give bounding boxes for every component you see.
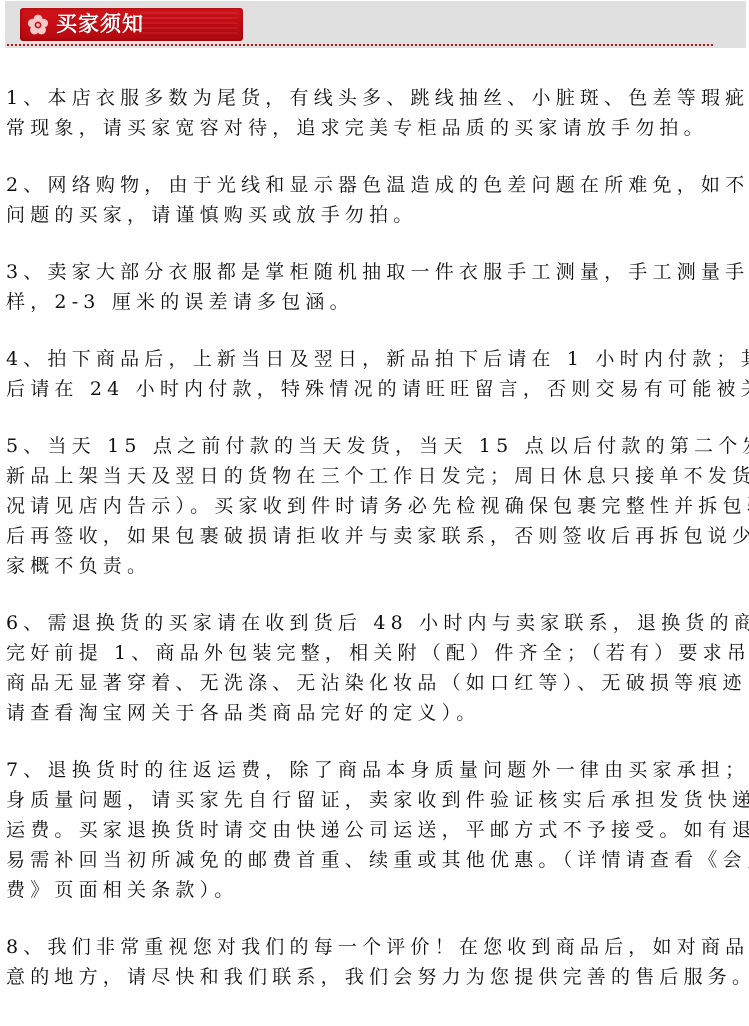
notice-text-line: 5、当天 15 点之前付款的当天发货，当天 15 点以后付款的第二个发货工作日发… [6,431,748,461]
notice-text-line: 新品上架当天及翌日的货物在三个工作日发完；周日休息只接单不发货（特殊情 [6,461,748,491]
dotted-divider [7,44,713,46]
notice-list: 1、本店衣服多数为尾货，有线头多、跳线抽丝、小脏斑、色差等瑕疵问题均属正 常现象… [6,83,748,1019]
notice-text-line: 常现象，请买家宽容对待，追求完美专柜品质的买家请放手勿拍。 [6,113,748,143]
notice-text-line: 家概不负责。 [6,551,748,581]
notice-text-line: 请查看淘宝网关于各品类商品完好的定义）。 [6,698,748,728]
title-badge: 买家须知 [20,8,243,41]
notice-text-line: 意的地方，请尽快和我们联系，我们会努力为您提供完善的售后服务。 [6,962,748,992]
notice-text-line: 完好前提 1、商品外包装完整，相关附（配）件齐全；（若有）要求吊牌完整；2、 [6,638,748,668]
notice-text-line: 问题的买家，请谨慎购买或放手勿拍。 [6,200,748,230]
flower-icon [27,14,49,36]
notice-item-8: 8、我们非常重视您对我们的每一个评价！在您收到商品后，如对商品有任何不满 意的地… [6,932,748,992]
notice-text-line: 费》页面相关条款）。 [6,875,748,905]
notice-text-line: 8、我们非常重视您对我们的每一个评价！在您收到商品后，如对商品有任何不满 [6,932,748,962]
notice-text-line: 况请见店内告示）。买家收到件时请务必先检视确保包裹完整性并拆包验收件数 [6,491,748,521]
notice-text-line: 身质量问题，请买家先自行留证，卖家收到件验证核实后承担发货快递时相应的 [6,785,748,815]
notice-item-2: 2、网络购物，由于光线和显示器色温造成的色差问题在所难免，如不能接受色差 问题的… [6,170,748,230]
section-title: 买家须知 [56,11,144,38]
notice-text-line: 4、拍下商品后，上新当日及翌日，新品拍下后请在 1 小时内付款；其他商品拍下 [6,344,748,374]
notice-text-line: 运费。买家退换货时请交由快递公司运送，平邮方式不予接受。如有退换货的交 [6,815,748,845]
section-header: 买家须知 [5,1,746,48]
notice-item-7: 7、退换货时的往返运费，除了商品本身质量问题外一律由买家承担；如属商品本 身质量… [6,755,748,905]
notice-text-line: 7、退换货时的往返运费，除了商品本身质量问题外一律由买家承担；如属商品本 [6,755,748,785]
notice-text-line: 后请在 24 小时内付款，特殊情况的请旺旺留言，否则交易有可能被关闭。 [6,374,748,404]
notice-text-line: 2、网络购物，由于光线和显示器色温造成的色差问题在所难免，如不能接受色差 [6,170,748,200]
notice-item-6: 6、需退换货的买家请在收到货后 48 小时内与卖家联系，退换货的商品必须符合 完… [6,608,748,728]
notice-item-5: 5、当天 15 点之前付款的当天发货，当天 15 点以后付款的第二个发货工作日发… [6,431,748,581]
notice-text-line: 易需补回当初所减免的邮费首重、续重或其他优惠。（详情请查看《会员制及运 [6,845,748,875]
notice-item-3: 3、卖家大部分衣服都是掌柜随机抽取一件衣服手工测量，手工测量手法可能不一 样，2… [6,257,748,317]
notice-item-4: 4、拍下商品后，上新当日及翌日，新品拍下后请在 1 小时内付款；其他商品拍下 后… [6,344,748,404]
notice-text-line: 样，2-3 厘米的误差请多包涵。 [6,287,748,317]
notice-item-1: 1、本店衣服多数为尾货，有线头多、跳线抽丝、小脏斑、色差等瑕疵问题均属正 常现象… [6,83,748,143]
notice-text-line: 后再签收，如果包裹破损请拒收并与卖家联系，否则签收后再拆包说少件数，卖 [6,521,748,551]
notice-text-line: 6、需退换货的买家请在收到货后 48 小时内与卖家联系，退换货的商品必须符合 [6,608,748,638]
notice-text-line: 1、本店衣服多数为尾货，有线头多、跳线抽丝、小脏斑、色差等瑕疵问题均属正 [6,83,748,113]
notice-text-line: 商品无显著穿着、无洗涤、无沾染化妆品（如口红等）、无破损等痕迹；（详情 [6,668,748,698]
notice-text-line: 3、卖家大部分衣服都是掌柜随机抽取一件衣服手工测量，手工测量手法可能不一 [6,257,748,287]
